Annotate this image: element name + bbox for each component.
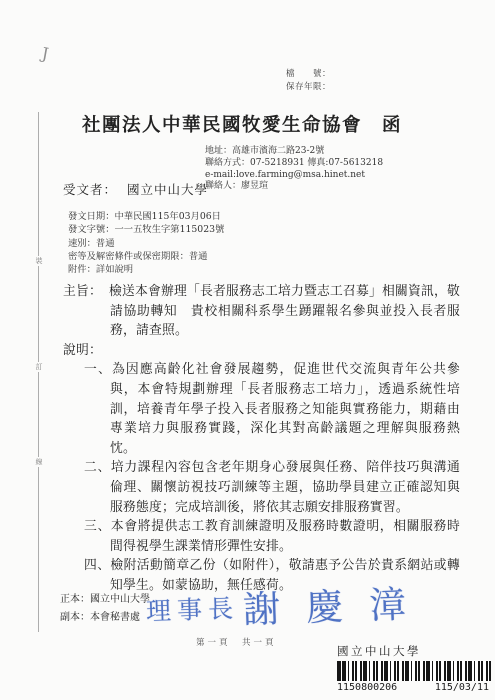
stamp-numbers: 1150800206 115/03/11 xyxy=(337,682,489,693)
item-text: 本會將提供志工教育訓練證明及服務時數證明，相關服務時間得視學生課業情形彈性安排。 xyxy=(110,519,460,554)
stamp-serial: 1150800206 xyxy=(337,682,397,693)
item-number: 三、 xyxy=(84,519,111,534)
file-number-block: 檔 號： 保存年限： xyxy=(286,68,331,94)
item-text: 培力課程內容包含老年期身心發展與任務、陪伴技巧與溝通倫理、關懷訪視技巧訓練等主題… xyxy=(110,460,460,514)
attachment-note: 附件：詳如說明 xyxy=(68,263,224,276)
subject-text: 檢送本會辦理「長者服務志工培力暨志工召募」相關資訊，敬請協助轉知 貴校相關科系學… xyxy=(109,284,460,338)
sender-email: e-mail:love.farming@msa.hinet.net xyxy=(205,170,383,182)
speed-class: 速別：普通 xyxy=(68,237,224,250)
sender-info-block: 地址：高雄市濱海二路23-2號 聯絡方式：07-5218931 傳真:07-56… xyxy=(205,146,383,193)
subject-line: 主旨：檢送本會辦理「長者服務志工培力暨志工召募」相關資訊，敬請協助轉知 貴校相關… xyxy=(63,282,460,341)
document-title: 社團法人中華民國牧愛生命協會 函 xyxy=(0,111,484,137)
retention-period-label: 保存年限： xyxy=(286,81,331,94)
subject-label: 主旨： xyxy=(63,284,102,299)
chairman-signature: 理事長 謝慶漳 xyxy=(145,573,433,637)
binding-margin-line xyxy=(38,112,39,632)
signature-title: 理事長 xyxy=(145,589,239,628)
binding-mark-xian: 線 xyxy=(32,457,46,467)
issue-number: 發文字號：一一五牧生字第115023號 xyxy=(68,223,224,236)
stamp-organization: 國立中山大學 xyxy=(337,643,491,659)
file-number-label: 檔 號： xyxy=(286,68,331,81)
sender-phone-fax: 聯絡方式：07-5218931 傳真:07-5613218 xyxy=(205,158,383,170)
receipt-stamp: 國立中山大學 1150800206 115/03/11 xyxy=(337,643,491,693)
item-number: 四、 xyxy=(84,558,110,573)
item-number: 一、 xyxy=(84,362,112,377)
sender-address: 地址：高雄市濱海二路23-2號 xyxy=(205,146,383,158)
item-text: 為因應高齡化社會發展趨勢，促進世代交流與青年公共參與，本會特規劃辦理「長者服務志… xyxy=(110,362,460,455)
copy-cc: 副本：本會秘書處 xyxy=(60,609,150,627)
page-number: 第一頁 共一頁 xyxy=(196,636,277,648)
item-number: 二、 xyxy=(84,460,111,475)
recipient-label: 受文者： xyxy=(63,182,117,197)
stamp-date: 115/03/11 xyxy=(435,682,489,693)
explanation-item-2: 二、培力課程內容包含老年期身心發展與任務、陪伴技巧與溝通倫理、關懷訪視技巧訓練等… xyxy=(84,458,460,517)
sender-contact-person: 聯絡人：廖昱瑄 xyxy=(205,181,383,193)
issue-date: 發文日期：中華民國115年03月06日 xyxy=(68,210,224,223)
signature-name: 謝慶漳 xyxy=(242,573,433,634)
handwritten-pen-mark: J xyxy=(40,44,50,64)
recipient-line: 受文者：國立中山大學 xyxy=(63,180,208,198)
copies-block: 正本：國立中山大學 副本：本會秘書處 xyxy=(60,591,150,626)
security-class: 密等及解密條件或保密期限：普通 xyxy=(68,250,224,263)
recipient-name: 國立中山大學 xyxy=(127,182,208,197)
explanation-label: 說明： xyxy=(63,341,460,361)
document-body: 主旨：檢送本會辦理「長者服務志工培力暨志工召募」相關資訊，敬請協助轉知 貴校相關… xyxy=(63,282,460,596)
copy-original: 正本：國立中山大學 xyxy=(60,591,150,609)
binding-mark-ding: 訂 xyxy=(32,362,46,372)
explanation-item-1: 一、為因應高齡化社會發展趨勢，促進世代交流與青年公共參與，本會特規劃辦理「長者服… xyxy=(84,360,460,458)
document-meta-block: 發文日期：中華民國115年03月06日 發文字號：一一五牧生字第115023號 … xyxy=(68,210,224,276)
binding-mark-zhuang: 裝 xyxy=(32,256,46,266)
barcode xyxy=(337,661,491,681)
explanation-item-3: 三、本會將提供志工教育訓練證明及服務時數證明，相關服務時間得視學生課業情形彈性安… xyxy=(84,517,460,556)
